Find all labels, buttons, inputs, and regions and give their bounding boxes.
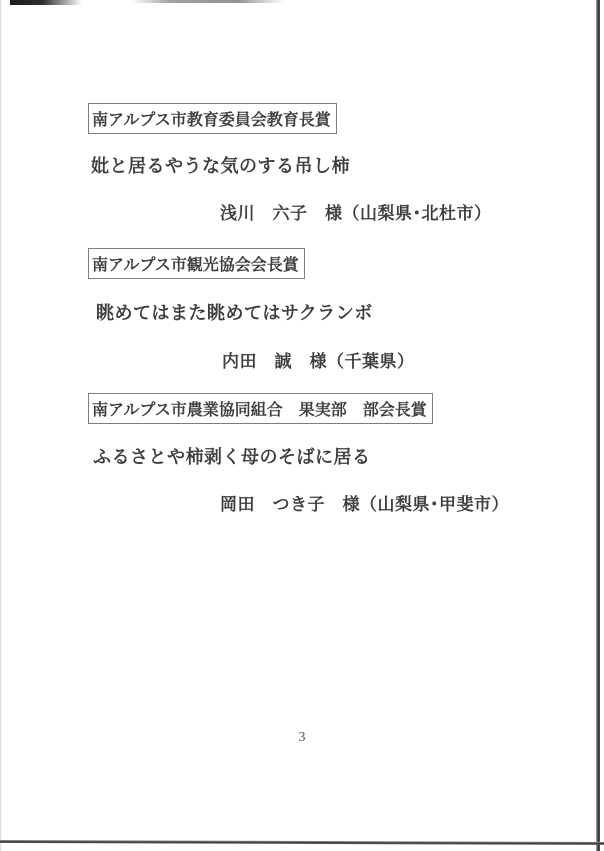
scan-streak-top	[132, 0, 284, 3]
winner-line: 岡田 つき子 様（山梨県･甲斐市）	[220, 490, 509, 515]
award-title: 南アルプス市教育委員会教育長賞	[88, 103, 337, 134]
winner-line: 内田 誠 様（千葉県）	[222, 347, 415, 372]
scan-edge-left	[0, 0, 2, 851]
haiku-line: 妣と居るやうな気のする吊し柿	[91, 152, 350, 178]
scan-smudge-top-left	[10, 0, 82, 5]
haiku-line: ふるさとや柿剥く母のそばに居る	[93, 443, 371, 469]
haiku-line: 眺めてはまた眺めてはサクランボ	[96, 299, 373, 325]
scan-edge-right	[596, 0, 600, 851]
award-title: 南アルプス市観光協会会長賞	[88, 248, 305, 279]
page-number: 3	[284, 730, 320, 746]
scanned-page: 南アルプス市教育委員会教育長賞 妣と居るやうな気のする吊し柿 浅川 六子 様（山…	[0, 0, 604, 851]
award-title: 南アルプス市農業協同組合 果実部 部会長賞	[88, 393, 433, 424]
scan-edge-bottom	[0, 840, 604, 845]
winner-line: 浅川 六子 様（山梨県･北杜市）	[220, 199, 492, 224]
